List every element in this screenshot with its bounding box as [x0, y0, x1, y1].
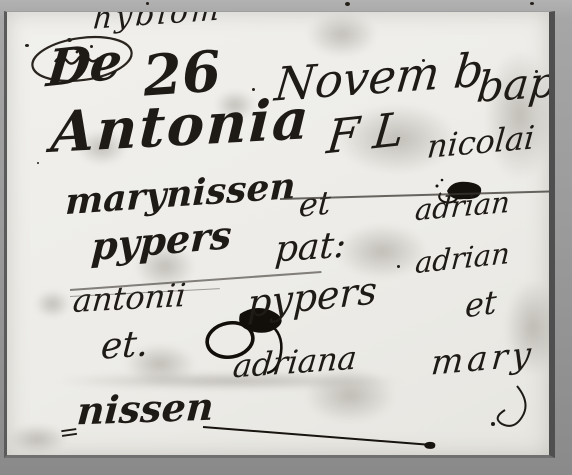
word-de: De: [45, 36, 125, 95]
dust-speck: [146, 2, 149, 5]
word-marynissen: marynissen: [65, 168, 296, 220]
word-adrian-2: adrian: [414, 239, 511, 278]
word-nicolai: nicolai: [426, 121, 536, 163]
scanned-register-page: hyblom De 26 Novem b bap Antonia F L nic…: [0, 0, 572, 475]
manuscript-paper: hyblom De 26 Novem b bap Antonia F L nic…: [4, 11, 555, 458]
ink-speck: [37, 162, 39, 164]
word-fl: F L: [325, 106, 407, 161]
mary-tail-flourish-icon: [475, 384, 535, 432]
word-nissen: nissen: [76, 388, 215, 431]
word-antonia: Antonia: [50, 91, 312, 161]
word-mary: mary: [430, 337, 537, 380]
underline-flourish: [203, 426, 430, 446]
word-bap: bap: [475, 61, 555, 109]
word-pypers-2: pypers: [247, 271, 378, 323]
word-pypers-1: pypers: [90, 216, 232, 267]
word-et-1: et: [298, 186, 332, 222]
word-et-2: et: [465, 286, 498, 323]
word-pat: pat:: [274, 227, 347, 268]
ink-speck: [397, 265, 400, 268]
dust-speck: [530, 2, 534, 5]
dust-speck: [345, 2, 350, 6]
showthrough-blotch: [35, 290, 70, 318]
word-adriana: adriana: [231, 342, 358, 383]
word-et-3: et.: [100, 326, 150, 366]
